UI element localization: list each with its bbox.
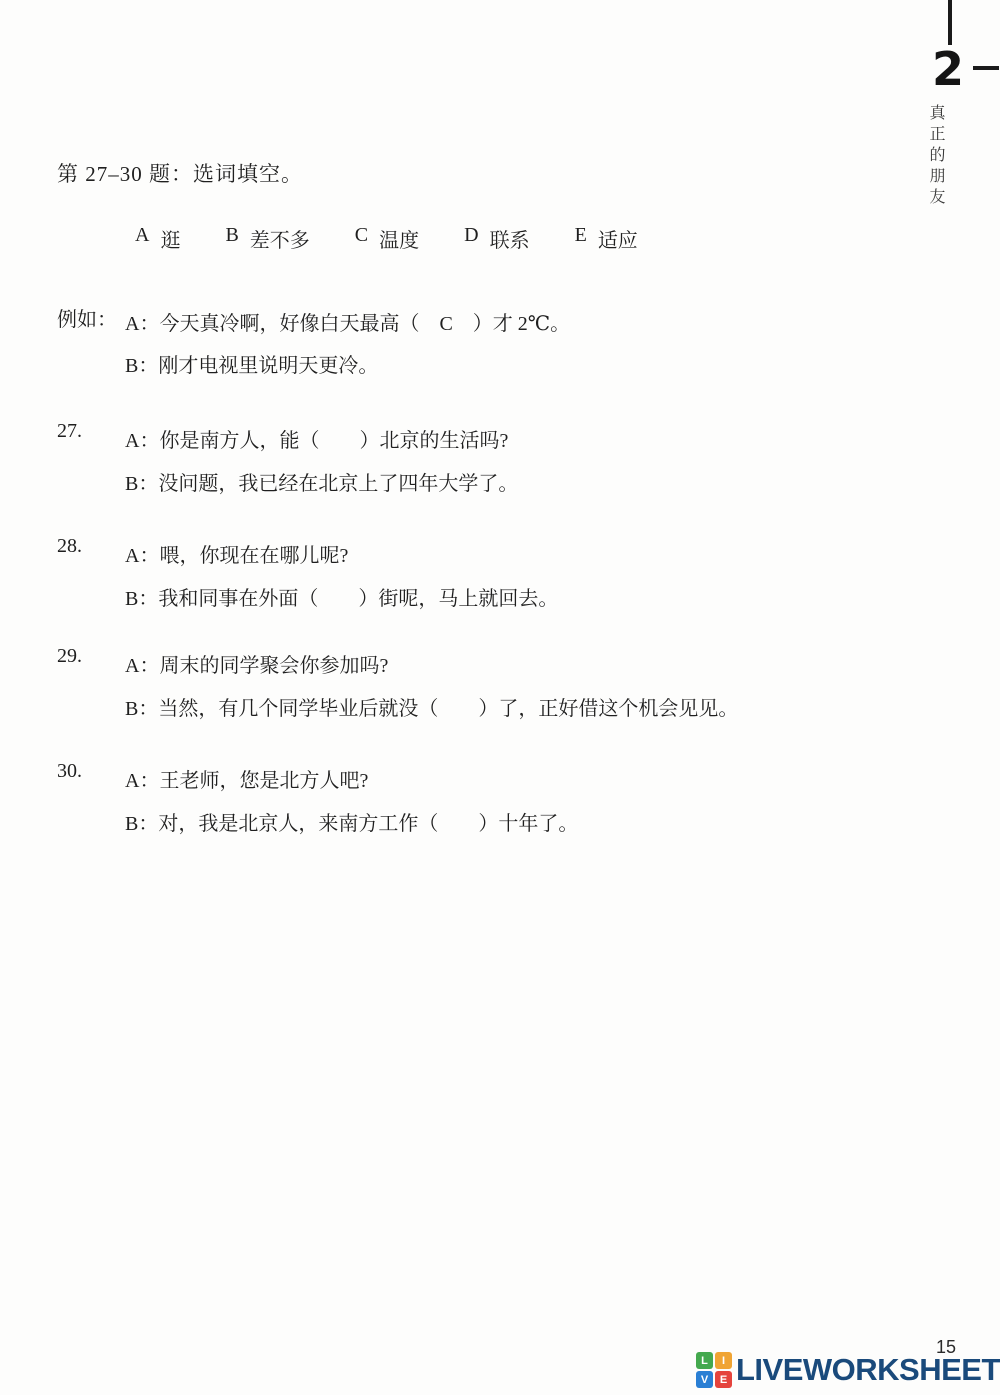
example-line-b: B：刚才电视里说明天更冷。 bbox=[125, 345, 570, 387]
option-word: 适应 bbox=[598, 224, 638, 253]
word-bank-option-a: A逛 bbox=[135, 224, 180, 253]
question-number: 28. bbox=[57, 535, 125, 621]
worksheet-page: 2 真正的朋友 第 27–30 题：选词填空。 A逛 B差不多 C温度 D联系 … bbox=[0, 0, 1000, 1395]
option-word: 差不多 bbox=[250, 224, 310, 253]
question-27: 27. A：你是南方人，能（ ）北京的生活吗? B：没问题，我已经在北京上了四年… bbox=[57, 420, 518, 506]
chapter-title-vertical: 真正的朋友 bbox=[924, 104, 947, 209]
question-line-a: A：你是南方人，能（ ）北京的生活吗? bbox=[125, 420, 518, 463]
question-dialog: A：周末的同学聚会你参加吗? B：当然，有几个同学毕业后就没（ ）了，正好借这个… bbox=[125, 645, 738, 731]
question-line-b: B：当然，有几个同学毕业后就没（ ）了，正好借这个机会见见。 bbox=[125, 688, 738, 731]
option-letter: C bbox=[355, 224, 368, 253]
option-letter: D bbox=[464, 224, 478, 253]
logo-cell-l: L bbox=[696, 1352, 713, 1369]
question-dialog: A：你是南方人，能（ ）北京的生活吗? B：没问题，我已经在北京上了四年大学了。 bbox=[125, 420, 518, 506]
question-line-b: B：对，我是北京人，来南方工作（ ）十年了。 bbox=[125, 803, 578, 846]
example-dialog: A：今天真冷啊，好像白天最高（ C ）才 2℃。 B：刚才电视里说明天更冷。 bbox=[125, 303, 570, 387]
question-number: 27. bbox=[57, 420, 125, 506]
option-letter: E bbox=[575, 224, 587, 253]
word-bank-option-c: C温度 bbox=[355, 224, 419, 253]
question-number: 29. bbox=[57, 645, 125, 731]
liveworksheets-logo: L I V E LIVEWORKSHEETS bbox=[696, 1352, 1000, 1388]
option-word: 联系 bbox=[490, 224, 530, 253]
option-word: 温度 bbox=[379, 224, 419, 253]
word-bank-option-d: D联系 bbox=[464, 224, 529, 253]
word-bank-option-e: E适应 bbox=[575, 224, 638, 253]
option-letter: B bbox=[225, 224, 238, 253]
question-dialog: A：王老师，您是北方人吧? B：对，我是北京人，来南方工作（ ）十年了。 bbox=[125, 760, 578, 846]
example-block: 例如： A：今天真冷啊，好像白天最高（ C ）才 2℃。 B：刚才电视里说明天更… bbox=[57, 303, 570, 387]
logo-wordmark: LIVEWORKSHEETS bbox=[736, 1352, 1000, 1388]
word-bank: A逛 B差不多 C温度 D联系 E适应 bbox=[135, 224, 638, 253]
chapter-dash-line bbox=[973, 66, 999, 70]
question-line-b: B：没问题，我已经在北京上了四年大学了。 bbox=[125, 463, 518, 506]
question-line-b: B：我和同事在外面（ ）街呢，马上就回去。 bbox=[125, 578, 558, 621]
logo-cell-v: V bbox=[696, 1371, 713, 1388]
question-number: 30. bbox=[57, 760, 125, 846]
chapter-number: 2 bbox=[928, 44, 968, 95]
question-line-a: A：王老师，您是北方人吧? bbox=[125, 760, 578, 803]
question-29: 29. A：周末的同学聚会你参加吗? B：当然，有几个同学毕业后就没（ ）了，正… bbox=[57, 645, 738, 731]
logo-cell-i: I bbox=[715, 1352, 732, 1369]
liveworksheets-grid-icon: L I V E bbox=[696, 1352, 732, 1388]
question-28: 28. A：喂，你现在在哪儿呢? B：我和同事在外面（ ）街呢，马上就回去。 bbox=[57, 535, 558, 621]
example-row: 例如： A：今天真冷啊，好像白天最高（ C ）才 2℃。 B：刚才电视里说明天更… bbox=[57, 303, 570, 387]
logo-cell-e: E bbox=[715, 1371, 732, 1388]
question-30: 30. A：王老师，您是北方人吧? B：对，我是北京人，来南方工作（ ）十年了。 bbox=[57, 760, 578, 846]
question-line-a: A：周末的同学聚会你参加吗? bbox=[125, 645, 738, 688]
question-dialog: A：喂，你现在在哪儿呢? B：我和同事在外面（ ）街呢，马上就回去。 bbox=[125, 535, 558, 621]
word-bank-option-b: B差不多 bbox=[225, 224, 309, 253]
option-letter: A bbox=[135, 224, 149, 253]
example-line-a: A：今天真冷啊，好像白天最高（ C ）才 2℃。 bbox=[125, 303, 570, 345]
exercise-title: 第 27–30 题：选词填空。 bbox=[57, 158, 303, 188]
option-word: 逛 bbox=[160, 224, 180, 253]
question-line-a: A：喂，你现在在哪儿呢? bbox=[125, 535, 558, 578]
chapter-tick-line bbox=[948, 0, 952, 45]
example-label: 例如： bbox=[57, 303, 125, 387]
